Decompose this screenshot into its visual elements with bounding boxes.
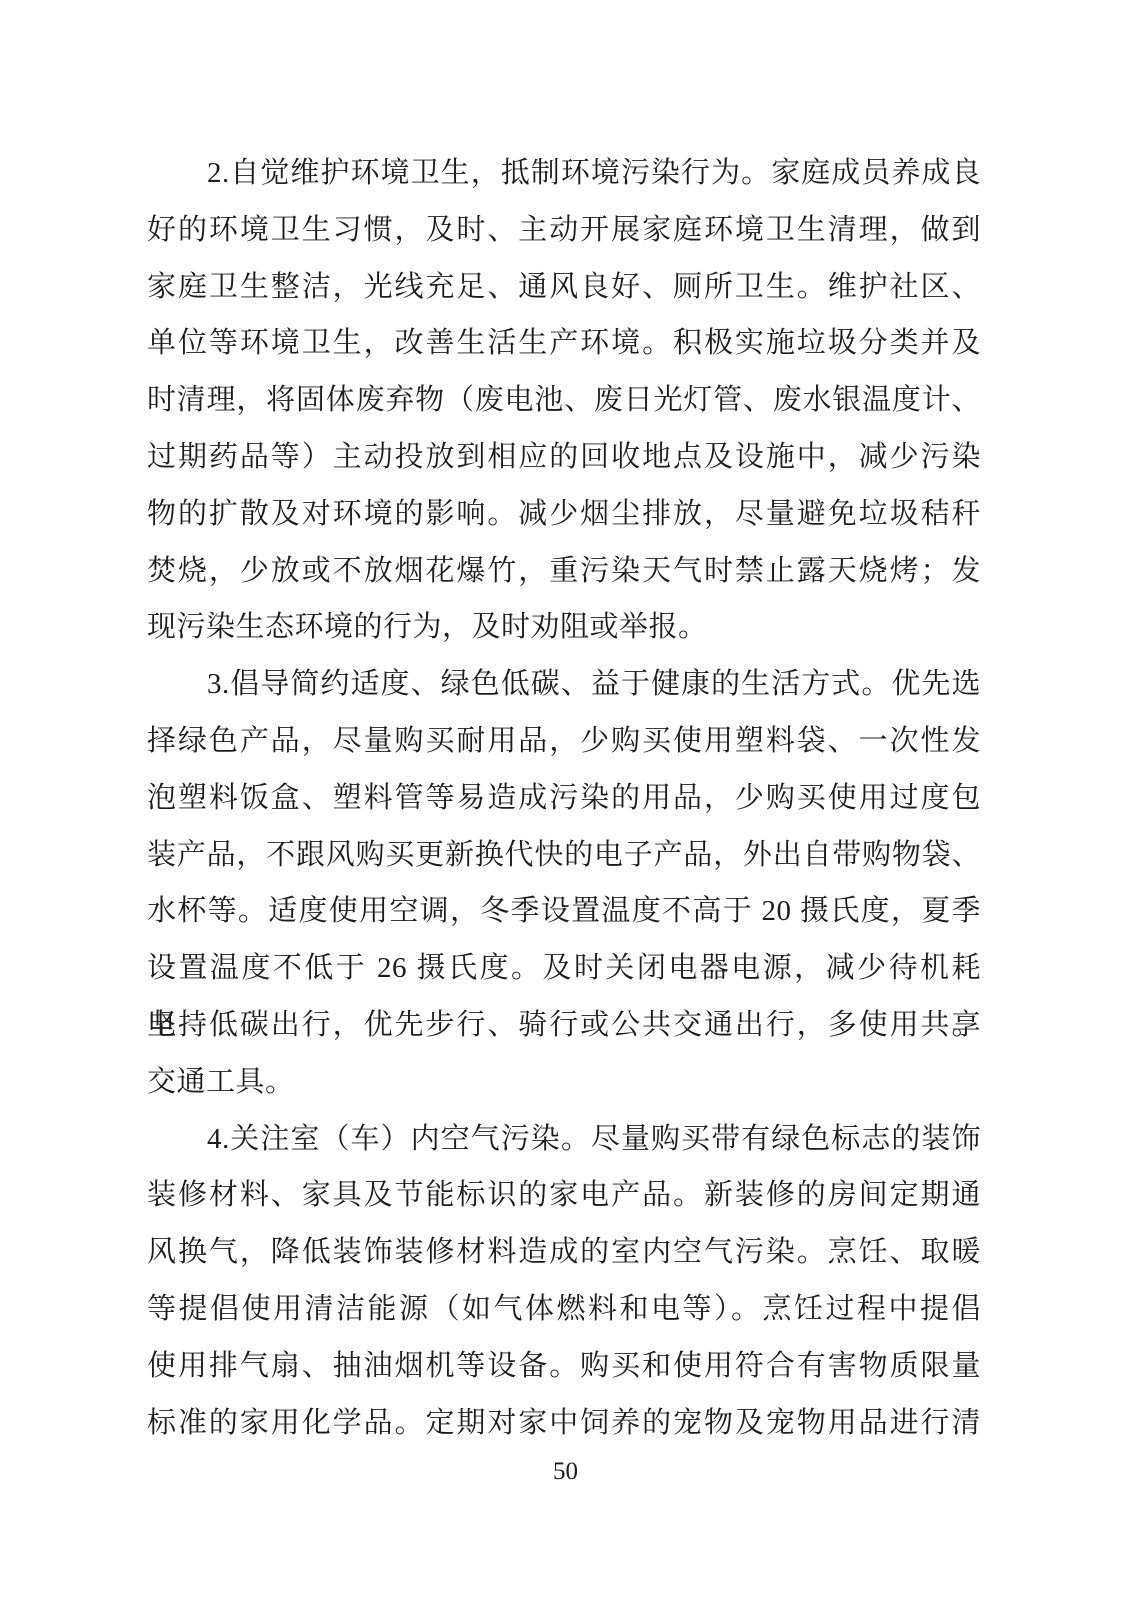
text-line: 装产品，不跟风购买更新换代快的电子产品，外出自带购物袋、: [147, 827, 981, 884]
document-page: 2.自觉维护环境卫生，抵制环境污染行为。家庭成员养成良好的环境卫生习惯，及时、主…: [0, 0, 1131, 1600]
text-line: 交通工具。: [147, 1054, 981, 1111]
text-line: 风换气，降低装饰装修材料造成的室内空气污染。烹饪、取暖: [147, 1224, 981, 1281]
text-line: 好的环境卫生习惯，及时、主动开展家庭环境卫生清理，做到: [147, 202, 981, 259]
text-line: 时清理，将固体废弃物（废电池、废日光灯管、废水银温度计、: [147, 372, 981, 429]
text-line: 3.倡导简约适度、绿色低碳、益于健康的生活方式。优先选: [147, 656, 981, 713]
text-line: 泡塑料饭盒、塑料管等易造成污染的用品，少购买使用过度包: [147, 770, 981, 827]
text-line: 4.关注室（车）内空气污染。尽量购买带有绿色标志的装饰: [147, 1111, 981, 1168]
text-line: 坚持低碳出行，优先步行、骑行或公共交通出行，多使用共享: [147, 997, 981, 1054]
text-line: 水杯等。适度使用空调，冬季设置温度不高于 20 摄氏度，夏季: [147, 883, 981, 940]
text-line: 等提倡使用清洁能源（如气体燃料和电等）。烹饪过程中提倡: [147, 1281, 981, 1338]
text-line: 2.自觉维护环境卫生，抵制环境污染行为。家庭成员养成良: [147, 145, 981, 202]
text-line: 家庭卫生整洁，光线充足、通风良好、厕所卫生。维护社区、: [147, 259, 981, 316]
text-line: 现污染生态环境的行为，及时劝阻或举报。: [147, 599, 981, 656]
text-line: 标准的家用化学品。定期对家中饲养的宠物及宠物用品进行清: [147, 1395, 981, 1452]
paragraph: 3.倡导简约适度、绿色低碳、益于健康的生活方式。优先选择绿色产品，尽量购买耐用品…: [147, 656, 981, 1110]
text-line: 使用排气扇、抽油烟机等设备。购买和使用符合有害物质限量: [147, 1338, 981, 1395]
document-content: 2.自觉维护环境卫生，抵制环境污染行为。家庭成员养成良好的环境卫生习惯，及时、主…: [147, 145, 981, 1451]
text-line: 焚烧，少放或不放烟花爆竹，重污染天气时禁止露天烧烤；发: [147, 543, 981, 600]
text-line: 设置温度不低于 26 摄氏度。及时关闭电器电源，减少待机耗电。: [147, 940, 981, 997]
text-line: 装修材料、家具及节能标识的家电产品。新装修的房间定期通: [147, 1167, 981, 1224]
paragraph: 2.自觉维护环境卫生，抵制环境污染行为。家庭成员养成良好的环境卫生习惯，及时、主…: [147, 145, 981, 656]
text-line: 单位等环境卫生，改善生活生产环境。积极实施垃圾分类并及: [147, 315, 981, 372]
page-number: 50: [0, 1452, 1131, 1492]
text-line: 物的扩散及对环境的影响。减少烟尘排放，尽量避免垃圾秸秆: [147, 486, 981, 543]
text-line: 过期药品等）主动投放到相应的回收地点及设施中，减少污染: [147, 429, 981, 486]
paragraph: 4.关注室（车）内空气污染。尽量购买带有绿色标志的装饰装修材料、家具及节能标识的…: [147, 1111, 981, 1452]
text-line: 择绿色产品，尽量购买耐用品，少购买使用塑料袋、一次性发: [147, 713, 981, 770]
